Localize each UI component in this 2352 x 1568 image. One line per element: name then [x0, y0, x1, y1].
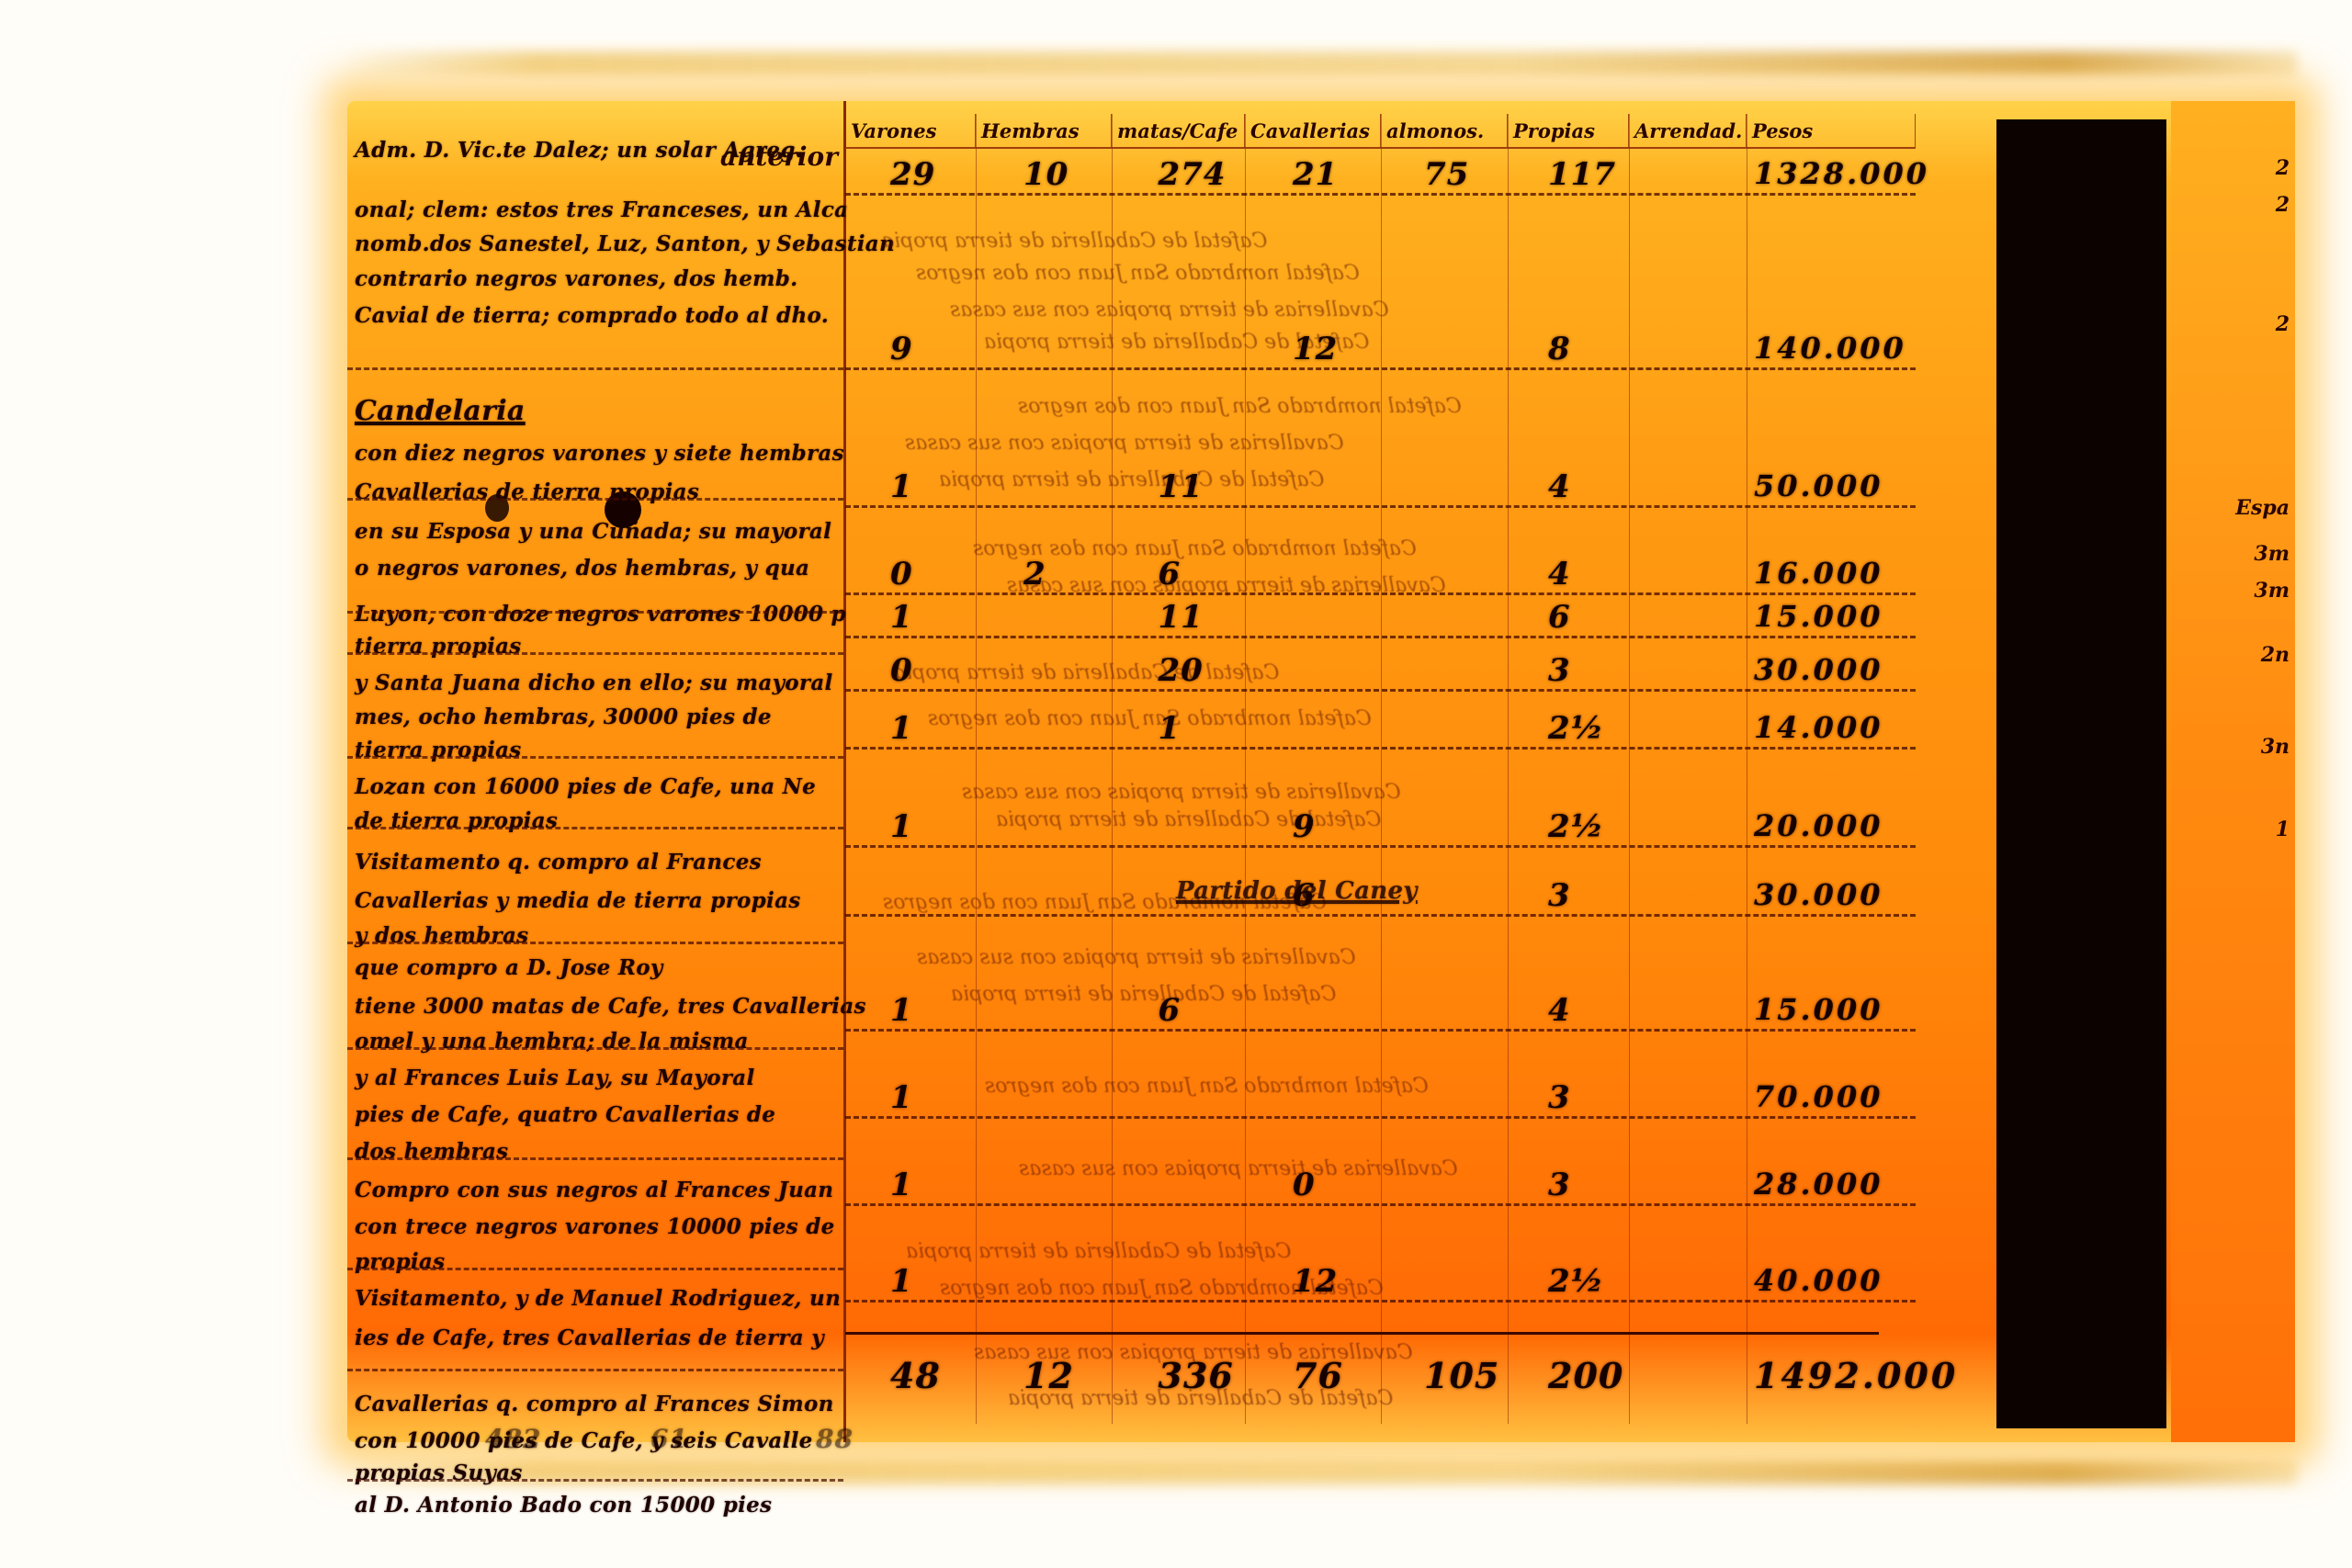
row-dotted-line [845, 193, 1916, 196]
entry-line: Lozan con 16000 pies de Cafe, una Ne [355, 774, 816, 799]
total-pesos: 1492.000 [1754, 1355, 1958, 1396]
cell-pesos: 1328.000 [1754, 156, 1929, 191]
cell-varones: 29 [890, 156, 935, 193]
column-header-hembras: Hembras [976, 114, 1112, 147]
row-dotted-line [845, 689, 1916, 692]
cell-varones: 1 [890, 468, 913, 505]
cell-pesos: 30.000 [1754, 877, 1883, 912]
cell-pesos: 30.000 [1754, 652, 1883, 687]
cell-propias: 2½ [1548, 710, 1604, 747]
bleed-through-text: Cavallerias de tierra propias con sus ca… [1019, 1157, 1458, 1180]
cell-matas: 6 [1159, 556, 1182, 592]
cell-matas: 6 [1159, 992, 1182, 1029]
cell-caballerias: 21 [1293, 156, 1338, 193]
marginal-note: 3n [2261, 735, 2290, 759]
entry-line: Compro con sus negros al Frances Juan [355, 1178, 833, 1202]
entry-line: al D. Antonio Bado con 15000 pies [355, 1493, 772, 1517]
cell-varones: 9 [890, 331, 913, 367]
scan-edge-glow-top [340, 51, 2297, 75]
column-rule [1747, 114, 1747, 1424]
entry-line: tiene 3000 matas de Cafe, tres Cavalleri… [355, 994, 866, 1019]
right-page-fragment: 222Espa3m3m2n3n1 [2171, 101, 2295, 1442]
marginal-note: 2 [2276, 156, 2290, 180]
cell-propias: 4 [1548, 468, 1571, 505]
cell-propias: 8 [1548, 331, 1571, 367]
entry-line: y Santa Juana dicho en ello; su mayoral [355, 671, 833, 695]
cell-matas: 1 [1159, 710, 1182, 747]
row-dotted-line [845, 747, 1916, 750]
cell-varones: 0 [890, 556, 913, 592]
cell-matas: 274 [1159, 156, 1227, 193]
ghost-footer-number: 61 [650, 1424, 688, 1454]
row-dotted-line [845, 636, 1916, 638]
row-dotted-line [845, 1300, 1916, 1303]
section-heading: Candelaria [355, 395, 526, 427]
cell-propias: 3 [1548, 877, 1571, 914]
column-header-propias: Propias [1508, 114, 1629, 147]
cell-varones: 1 [890, 808, 913, 845]
cell-caballerias: 12 [1293, 331, 1338, 367]
cell-varones: 0 [890, 652, 913, 689]
cell-caballerias: 0 [1293, 1167, 1316, 1203]
cell-pesos: 28.000 [1754, 1167, 1883, 1201]
entry-line: Luyon, con doze negros varones 10000 p [355, 602, 846, 626]
column-header-mas: almonos. [1381, 114, 1508, 147]
dashed-separator [347, 1369, 843, 1371]
cell-pesos: 15.000 [1754, 599, 1883, 634]
cell-mas: 75 [1424, 156, 1469, 193]
cell-propias: 6 [1548, 599, 1571, 636]
row-dotted-line [845, 592, 1916, 595]
entry-line: contrario negros varones, dos hemb. [355, 266, 797, 291]
dashed-separator [347, 1157, 843, 1160]
entry-line: Visitamento q. compro al Frances [355, 850, 762, 874]
bleed-through-text: Cafetal de Caballeria de tierra propia [951, 983, 1336, 1006]
cell-caballerias: 12 [1293, 1263, 1338, 1300]
cell-propias: 4 [1548, 992, 1571, 1029]
marginal-note: 1 [2276, 818, 2290, 841]
entry-line: con 10000 pies de Cafe, y seis Cavalle [355, 1428, 813, 1453]
cell-matas: 20 [1159, 652, 1204, 689]
cell-propias: 2½ [1548, 1263, 1604, 1300]
left-page-entries: anterior Adm. D. Vic.te Dalez; un solar … [347, 101, 846, 1442]
dashed-separator [347, 1268, 843, 1270]
cell-varones: 1 [890, 1079, 913, 1116]
column-rule [1629, 114, 1630, 1424]
cell-propias: 2½ [1548, 808, 1604, 845]
book-gutter [1996, 119, 2166, 1428]
row-dotted-line [845, 367, 1916, 370]
cell-matas: 11 [1159, 468, 1204, 505]
column-header-pesos: Pesos [1747, 114, 1916, 147]
marginal-note: 3m [2254, 542, 2290, 566]
total-propias: 200 [1548, 1355, 1623, 1396]
ledger-table: VaronesHembrasmatas/CafeCavalleriasalmon… [845, 101, 1916, 1442]
row-dotted-line [845, 1203, 1916, 1206]
dashed-separator [347, 498, 843, 501]
cell-pesos: 50.000 [1754, 468, 1883, 503]
dashed-separator [347, 367, 843, 370]
marginal-note: 2n [2261, 643, 2290, 667]
bleed-through-text: Cafetal nombrado San Juan con dos negros [985, 1075, 1429, 1098]
entry-line: Cavallerias y media de tierra propias [355, 888, 801, 913]
entry-line: Cavallerias q. compro al Frances Simon [355, 1392, 834, 1416]
dashed-separator [347, 756, 843, 759]
total-mas: 105 [1424, 1355, 1499, 1396]
column-rule [845, 114, 846, 1424]
cell-hembras: 2 [1023, 556, 1046, 592]
totals-rule [845, 1332, 1879, 1335]
total-varones: 48 [890, 1355, 941, 1396]
entry-line: ies de Cafe, tres Cavallerias de tierra … [355, 1325, 824, 1350]
marginal-note: 2 [2276, 193, 2290, 217]
cell-propias: 3 [1548, 652, 1571, 689]
entry-line: nomb.dos Sanestel, Luz, Santon, y Sebast… [355, 231, 895, 256]
column-header-varones: Varones [845, 114, 976, 147]
row-dotted-line [845, 845, 1916, 848]
cell-propias: 3 [1548, 1079, 1571, 1116]
entry-line: mes, ocho hembras, 30000 pies de [355, 705, 772, 729]
cell-varones: 1 [890, 1263, 913, 1300]
marginal-note: Espa [2235, 496, 2290, 520]
row-dotted-line [845, 1116, 1916, 1119]
cell-pesos: 16.000 [1754, 556, 1883, 591]
bleed-through-text: Cafetal de Caballeria de tierra propia [996, 808, 1381, 831]
total-matas: 336 [1159, 1355, 1234, 1396]
row-dotted-line [845, 914, 1916, 917]
ledger-sheet: anterior Adm. D. Vic.te Dalez; un solar … [347, 101, 2295, 1442]
cell-pesos: 20.000 [1754, 808, 1883, 843]
cell-pesos: 14.000 [1754, 710, 1883, 745]
entry-line: que compro a D. Jose Roy [355, 955, 663, 980]
section-heading: Partido del Caney [1176, 877, 1418, 905]
cell-propias: 117 [1548, 156, 1616, 193]
bleed-through-text: Cafetal de Caballeria de tierra propia [939, 468, 1324, 491]
entry-line: pies de Cafe, quatro Cavallerias de [355, 1102, 775, 1127]
bleed-through-text: Cafetal de Caballeria de tierra propia [906, 1240, 1291, 1263]
entry-line: onal; clem: estos tres Franceses, un Alc… [355, 197, 848, 222]
bleed-through-text: Cafetal nombrado San Juan con dos negros [916, 262, 1360, 285]
bleed-through-text: Cafetal de Caballeria de tierra propia [894, 661, 1279, 684]
column-rule [1508, 114, 1509, 1424]
column-header-arrendadas: Arrendad. [1629, 114, 1747, 147]
bleed-through-text: Cavallerias de tierra propias con sus ca… [917, 946, 1356, 969]
bleed-through-text: Cavallerias de tierra propias con sus ca… [962, 781, 1401, 804]
dashed-separator [347, 1479, 843, 1482]
dashed-separator [347, 611, 843, 614]
bleed-through-text: Cafetal nombrado San Juan con dos negros [1018, 395, 1462, 418]
total-hembras: 12 [1023, 1355, 1074, 1396]
marginal-note: 3m [2254, 579, 2290, 603]
bleed-through-text: Cafetal nombrado San Juan con dos negros [928, 707, 1372, 730]
bleed-through-text: Cafetal de Caballeria de tierra propia [882, 230, 1267, 253]
entry-line: en su Esposa y una Cuñada; su mayoral [355, 519, 831, 544]
entry-line: Cavial de tierra; comprado todo al dho. [355, 303, 829, 328]
cell-pesos: 70.000 [1754, 1079, 1883, 1114]
cell-varones: 1 [890, 710, 913, 747]
bleed-through-text: Cavallerias de tierra propias con sus ca… [950, 299, 1389, 321]
bleed-through-text: Cavallerias de tierra propias con sus ca… [905, 432, 1344, 455]
row-dotted-line [845, 1029, 1916, 1032]
cell-matas: 11 [1159, 599, 1204, 636]
cell-pesos: 140.000 [1754, 331, 1906, 366]
cell-caballerias: 9 [1293, 808, 1316, 845]
entry-line: con diez negros varones y siete hembras [355, 441, 844, 466]
cell-varones: 1 [890, 599, 913, 636]
cell-propias: 4 [1548, 556, 1571, 592]
dashed-separator [347, 652, 843, 655]
dashed-separator [347, 1047, 843, 1050]
cell-varones: 1 [890, 992, 913, 1029]
cell-pesos: 15.000 [1754, 992, 1883, 1027]
row-dotted-line [845, 505, 1916, 508]
cell-propias: 3 [1548, 1167, 1571, 1203]
ghost-footer-number: 482 [485, 1424, 541, 1454]
column-header-caballerias: Cavallerias [1245, 114, 1381, 147]
total-caballerias: 76 [1293, 1355, 1343, 1396]
entry-line: o negros varones, dos hembras, y qua [355, 556, 809, 581]
cell-pesos: 40.000 [1754, 1263, 1883, 1298]
entry-line: con trece negros varones 10000 pies de [355, 1214, 835, 1239]
cell-varones: 1 [890, 1167, 913, 1203]
entry-line: y al Frances Luis Lay, su Mayoral [355, 1066, 755, 1090]
dashed-separator [347, 942, 843, 944]
cell-hembras: 10 [1023, 156, 1069, 193]
entry-line: Visitamento, y de Manuel Rodriguez, un [355, 1286, 841, 1311]
marginal-note: 2 [2276, 312, 2290, 336]
entry-line: Adm. D. Vic.te Dalez; un solar Agreg. [355, 138, 803, 163]
column-header-matas: matas/Cafe [1112, 114, 1245, 147]
dashed-separator [347, 827, 843, 829]
